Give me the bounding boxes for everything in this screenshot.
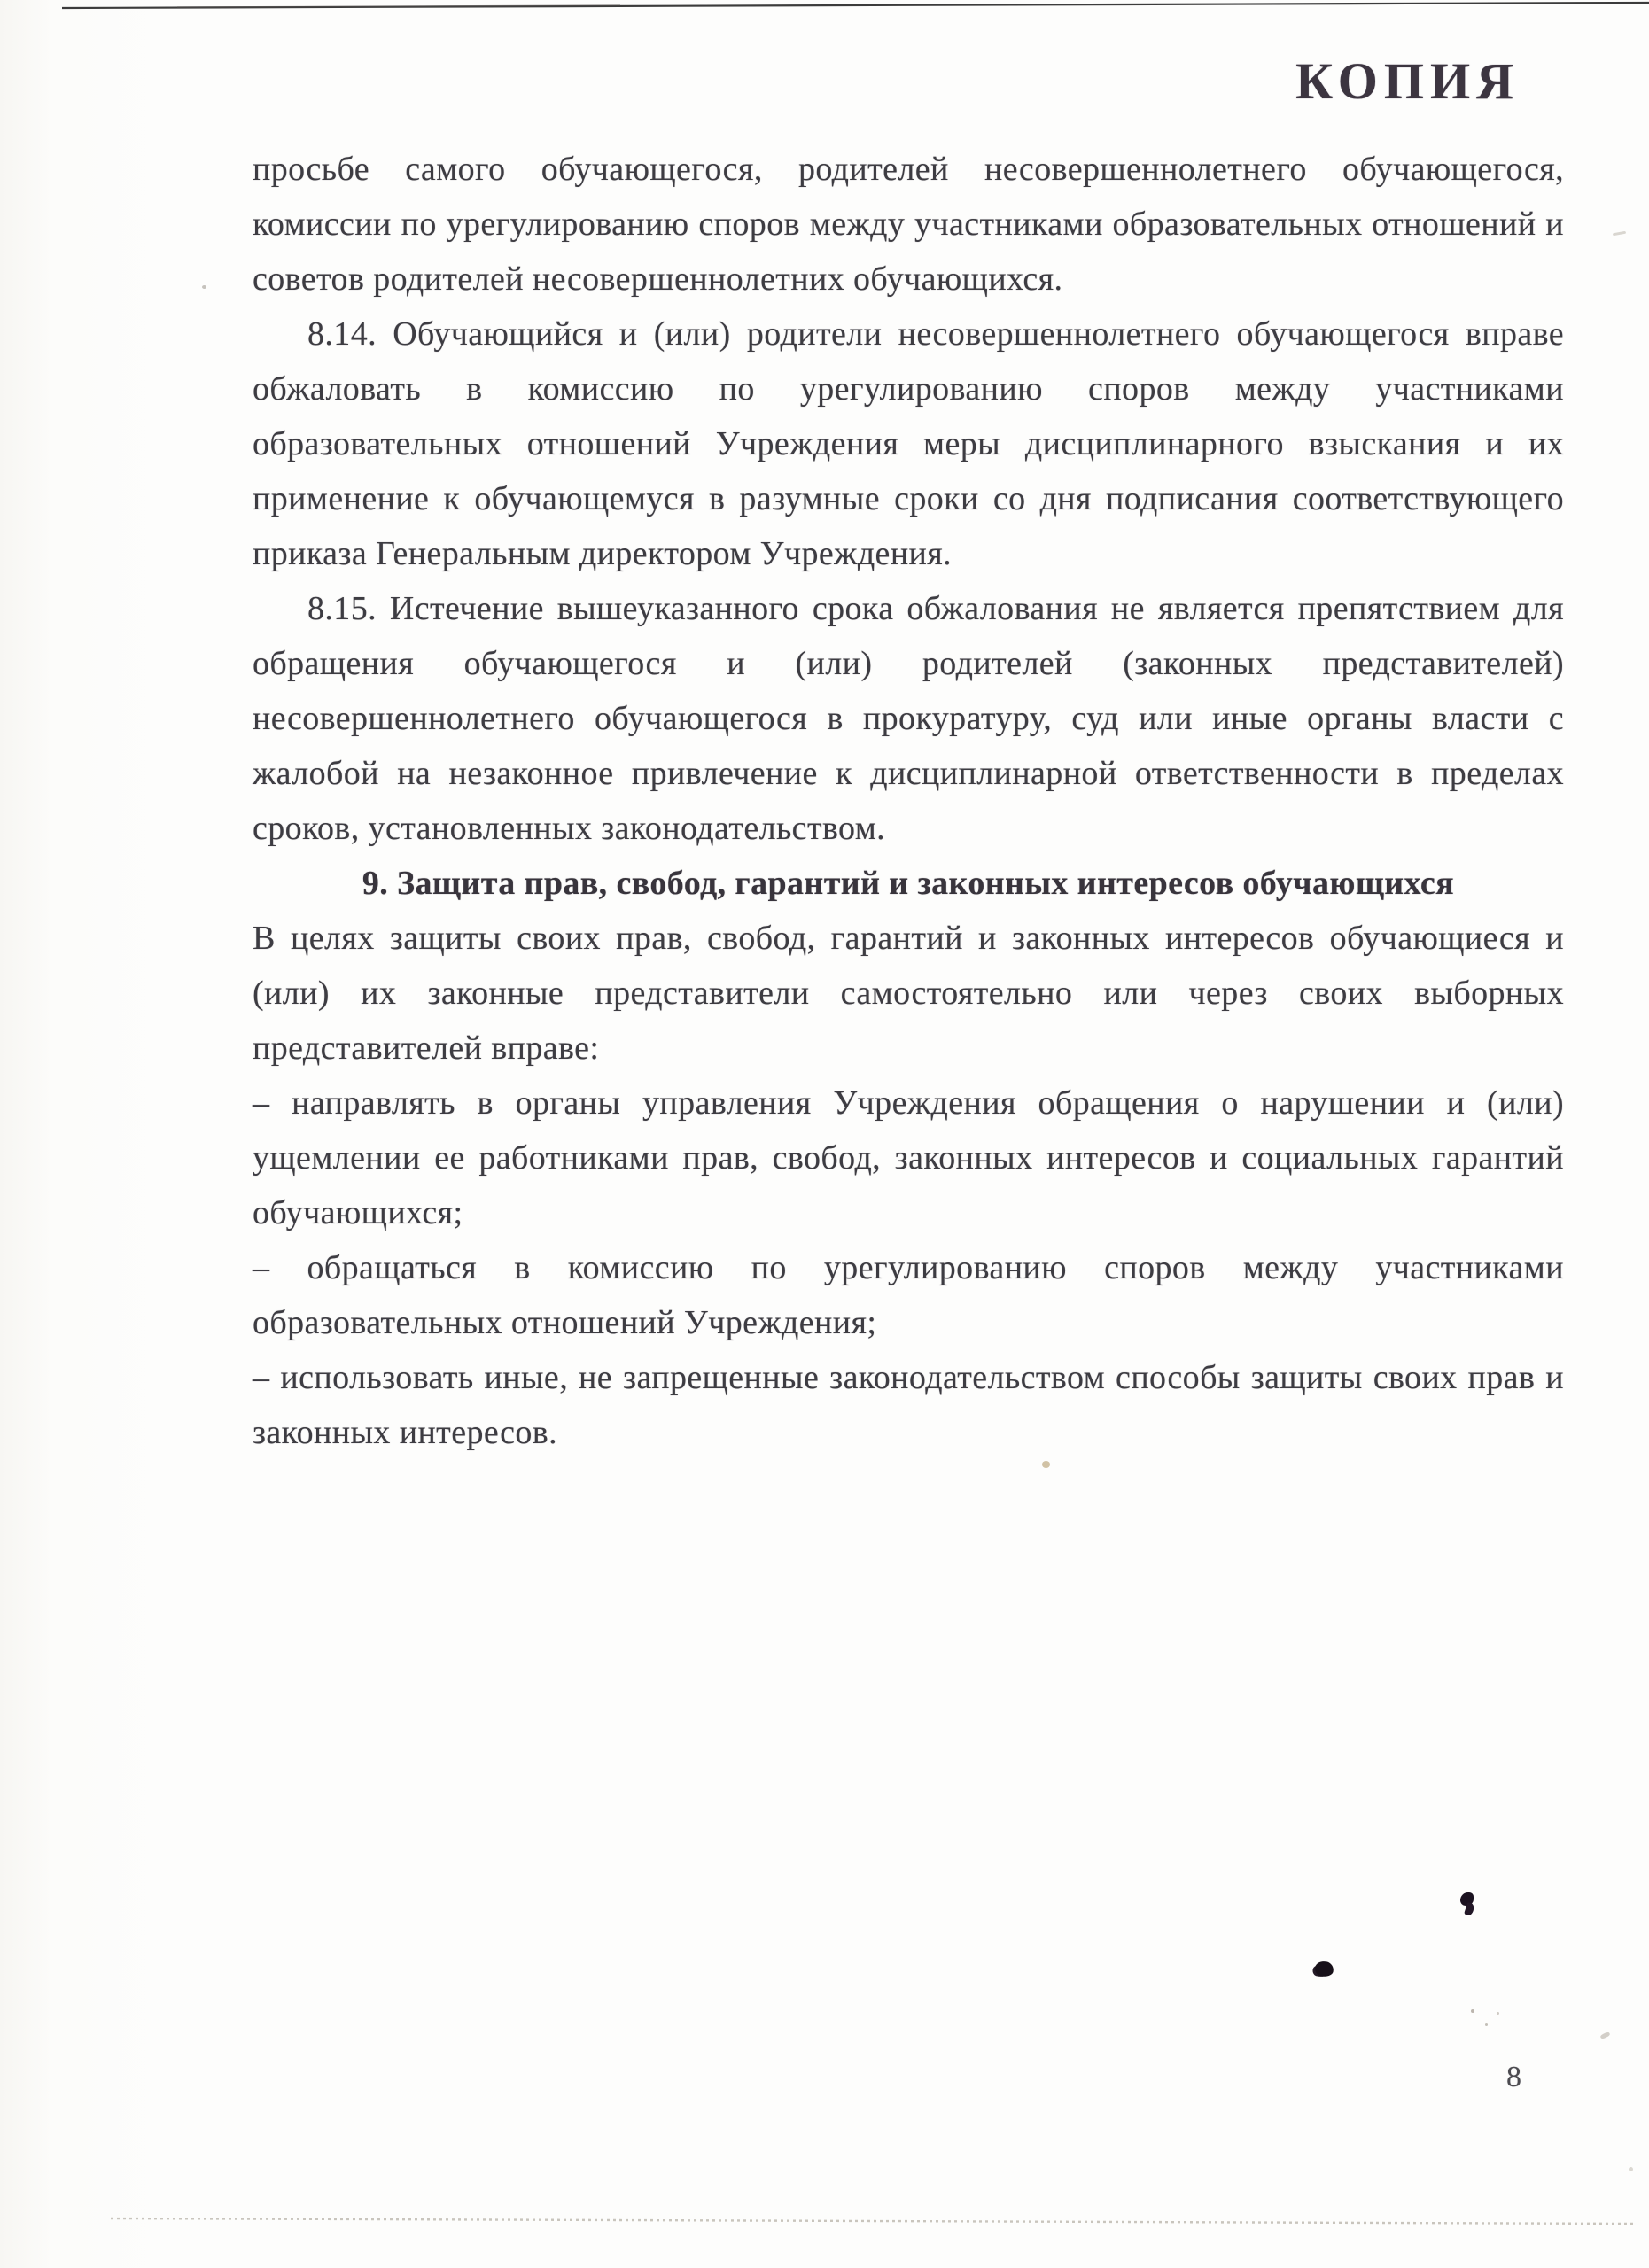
scan-speckle <box>1629 2167 1633 2171</box>
paragraph-8-14: 8.14. Обучающийся и (или) родители несов… <box>253 307 1564 581</box>
scan-bottom-edge-line <box>111 2218 1635 2224</box>
paragraph-8-15: 8.15. Истечение вышеуказанного срока обж… <box>253 581 1564 856</box>
page-number: 8 <box>1506 2061 1521 2094</box>
scan-speckle <box>202 285 206 289</box>
section-9-heading: 9. Защита прав, свобод, гарантий и закон… <box>253 856 1564 911</box>
document-body: просьбе самого обучающегося, родителей н… <box>253 142 1564 1460</box>
list-item-paragraph: – обращаться в комиссию по урегулировани… <box>253 1240 1564 1350</box>
scan-speckle <box>1485 2023 1488 2026</box>
scan-speckle <box>1497 2012 1499 2015</box>
scan-speckle <box>1613 231 1626 237</box>
scan-speckle <box>1599 2031 1610 2039</box>
copy-stamp: КОПИЯ <box>1295 51 1520 111</box>
list-item-paragraph: – направлять в органы управления Учрежде… <box>253 1076 1564 1240</box>
scan-top-edge-line-shadow <box>177 5 620 7</box>
paragraph: В целях защиты своих прав, свобод, гаран… <box>253 911 1564 1076</box>
ink-speck <box>1313 1960 1334 1978</box>
paragraph: просьбе самого обучающегося, родителей н… <box>253 142 1564 307</box>
scan-speckle <box>1471 2009 1474 2013</box>
scan-top-edge-line <box>62 3 1649 8</box>
ink-speck <box>1460 1892 1474 1906</box>
scanned-document-page: КОПИЯ просьбе самого обучающегося, родит… <box>0 0 1649 2268</box>
list-item-paragraph: – использовать иные, не запрещенные зако… <box>253 1350 1564 1460</box>
scan-speckle <box>1042 1461 1050 1468</box>
ink-speck <box>1464 1902 1475 1916</box>
